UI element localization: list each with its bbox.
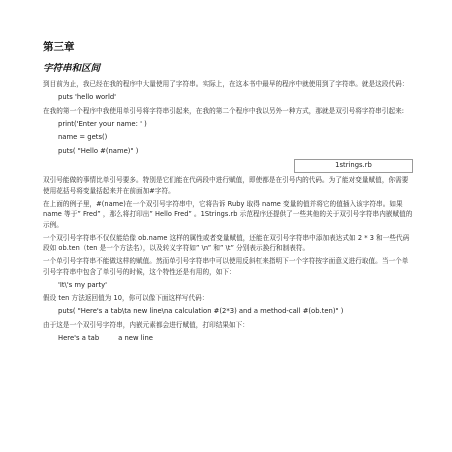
code-output: Here's a taba new line: [58, 333, 413, 344]
section-title: 字符串和区间: [43, 63, 413, 75]
filebox-row: 1strings.rb: [43, 159, 413, 173]
document-page: 第三章 字符串和区间 到目前为止，我已经在我的程序中大量使用了字符串。实际上，在…: [43, 40, 413, 346]
output-tab-part: Here's a tab: [58, 334, 99, 342]
paragraph-ten: 假设 ten 方法返回值为 10，你可以像下面这样写代码：: [43, 293, 413, 304]
code-hello-world: puts 'hello world': [58, 92, 413, 103]
source-file-box: 1strings.rb: [294, 159, 413, 173]
code-puts-hello: puts( "Hello #(name)" ): [58, 146, 413, 157]
code-party: 'It\'s my party': [58, 280, 413, 291]
output-newline-part: a new line: [118, 334, 153, 342]
paragraph-result: 由于这是一个双引号字符串，内嵌元素都会进行赋值，打印结果如下：: [43, 320, 413, 331]
paragraph-intro: 到目前为止，我已经在我的程序中大量使用了字符串。实际上，在这本书中最早的程序中就…: [43, 79, 413, 90]
paragraph-quotes: 在我的第一个程序中我使用单引号将字符串引起来，在我的第二个程序中我以另外一种方式…: [43, 106, 413, 117]
paragraph-example: 在上面的例子里，#(name)在一个双引号字符串中，它将告诉 Ruby 取得 n…: [43, 199, 413, 231]
code-gets: name = gets(): [58, 132, 413, 143]
paragraph-expressions: 一个双引号字符串不仅仅能给像 ob.name 这样的属性或者变量赋值，还能在双引…: [43, 233, 413, 254]
paragraph-single: 一个单引号字符串不能做这样的赋值。然而单引号字符串中可以使用反斜杠来指明下一个字…: [43, 256, 413, 277]
code-print-prompt: print('Enter your name: ' ): [58, 119, 413, 130]
code-method-call: puts( "Here's a tab\ta new line\na calcu…: [43, 306, 413, 317]
chapter-title: 第三章: [43, 40, 413, 54]
paragraph-double-more: 双引号能做的事情比单引号要多。特别是它们能在代码段中进行赋值，即使都是在引号内的…: [43, 175, 413, 196]
